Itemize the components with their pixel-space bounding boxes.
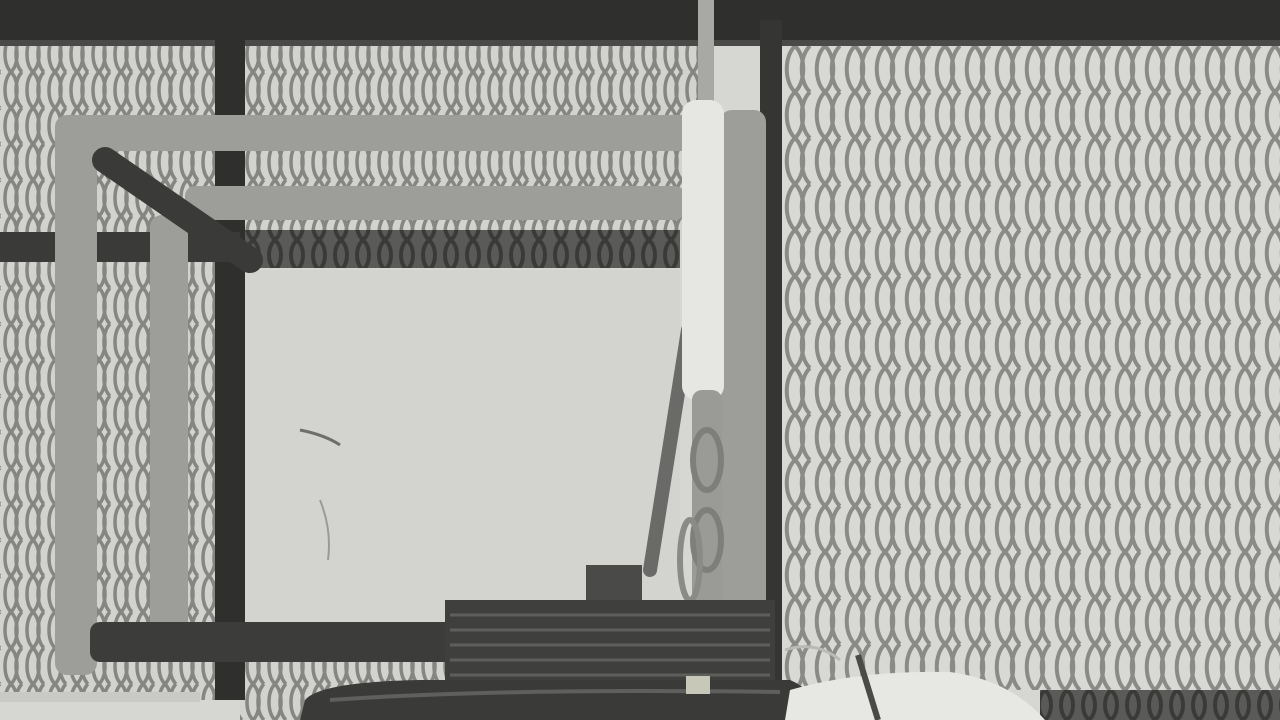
photo-scene xyxy=(0,0,1280,720)
top-beam xyxy=(0,0,1280,46)
scene-graphic xyxy=(0,0,1280,720)
right-mesh-panel xyxy=(780,40,1280,690)
